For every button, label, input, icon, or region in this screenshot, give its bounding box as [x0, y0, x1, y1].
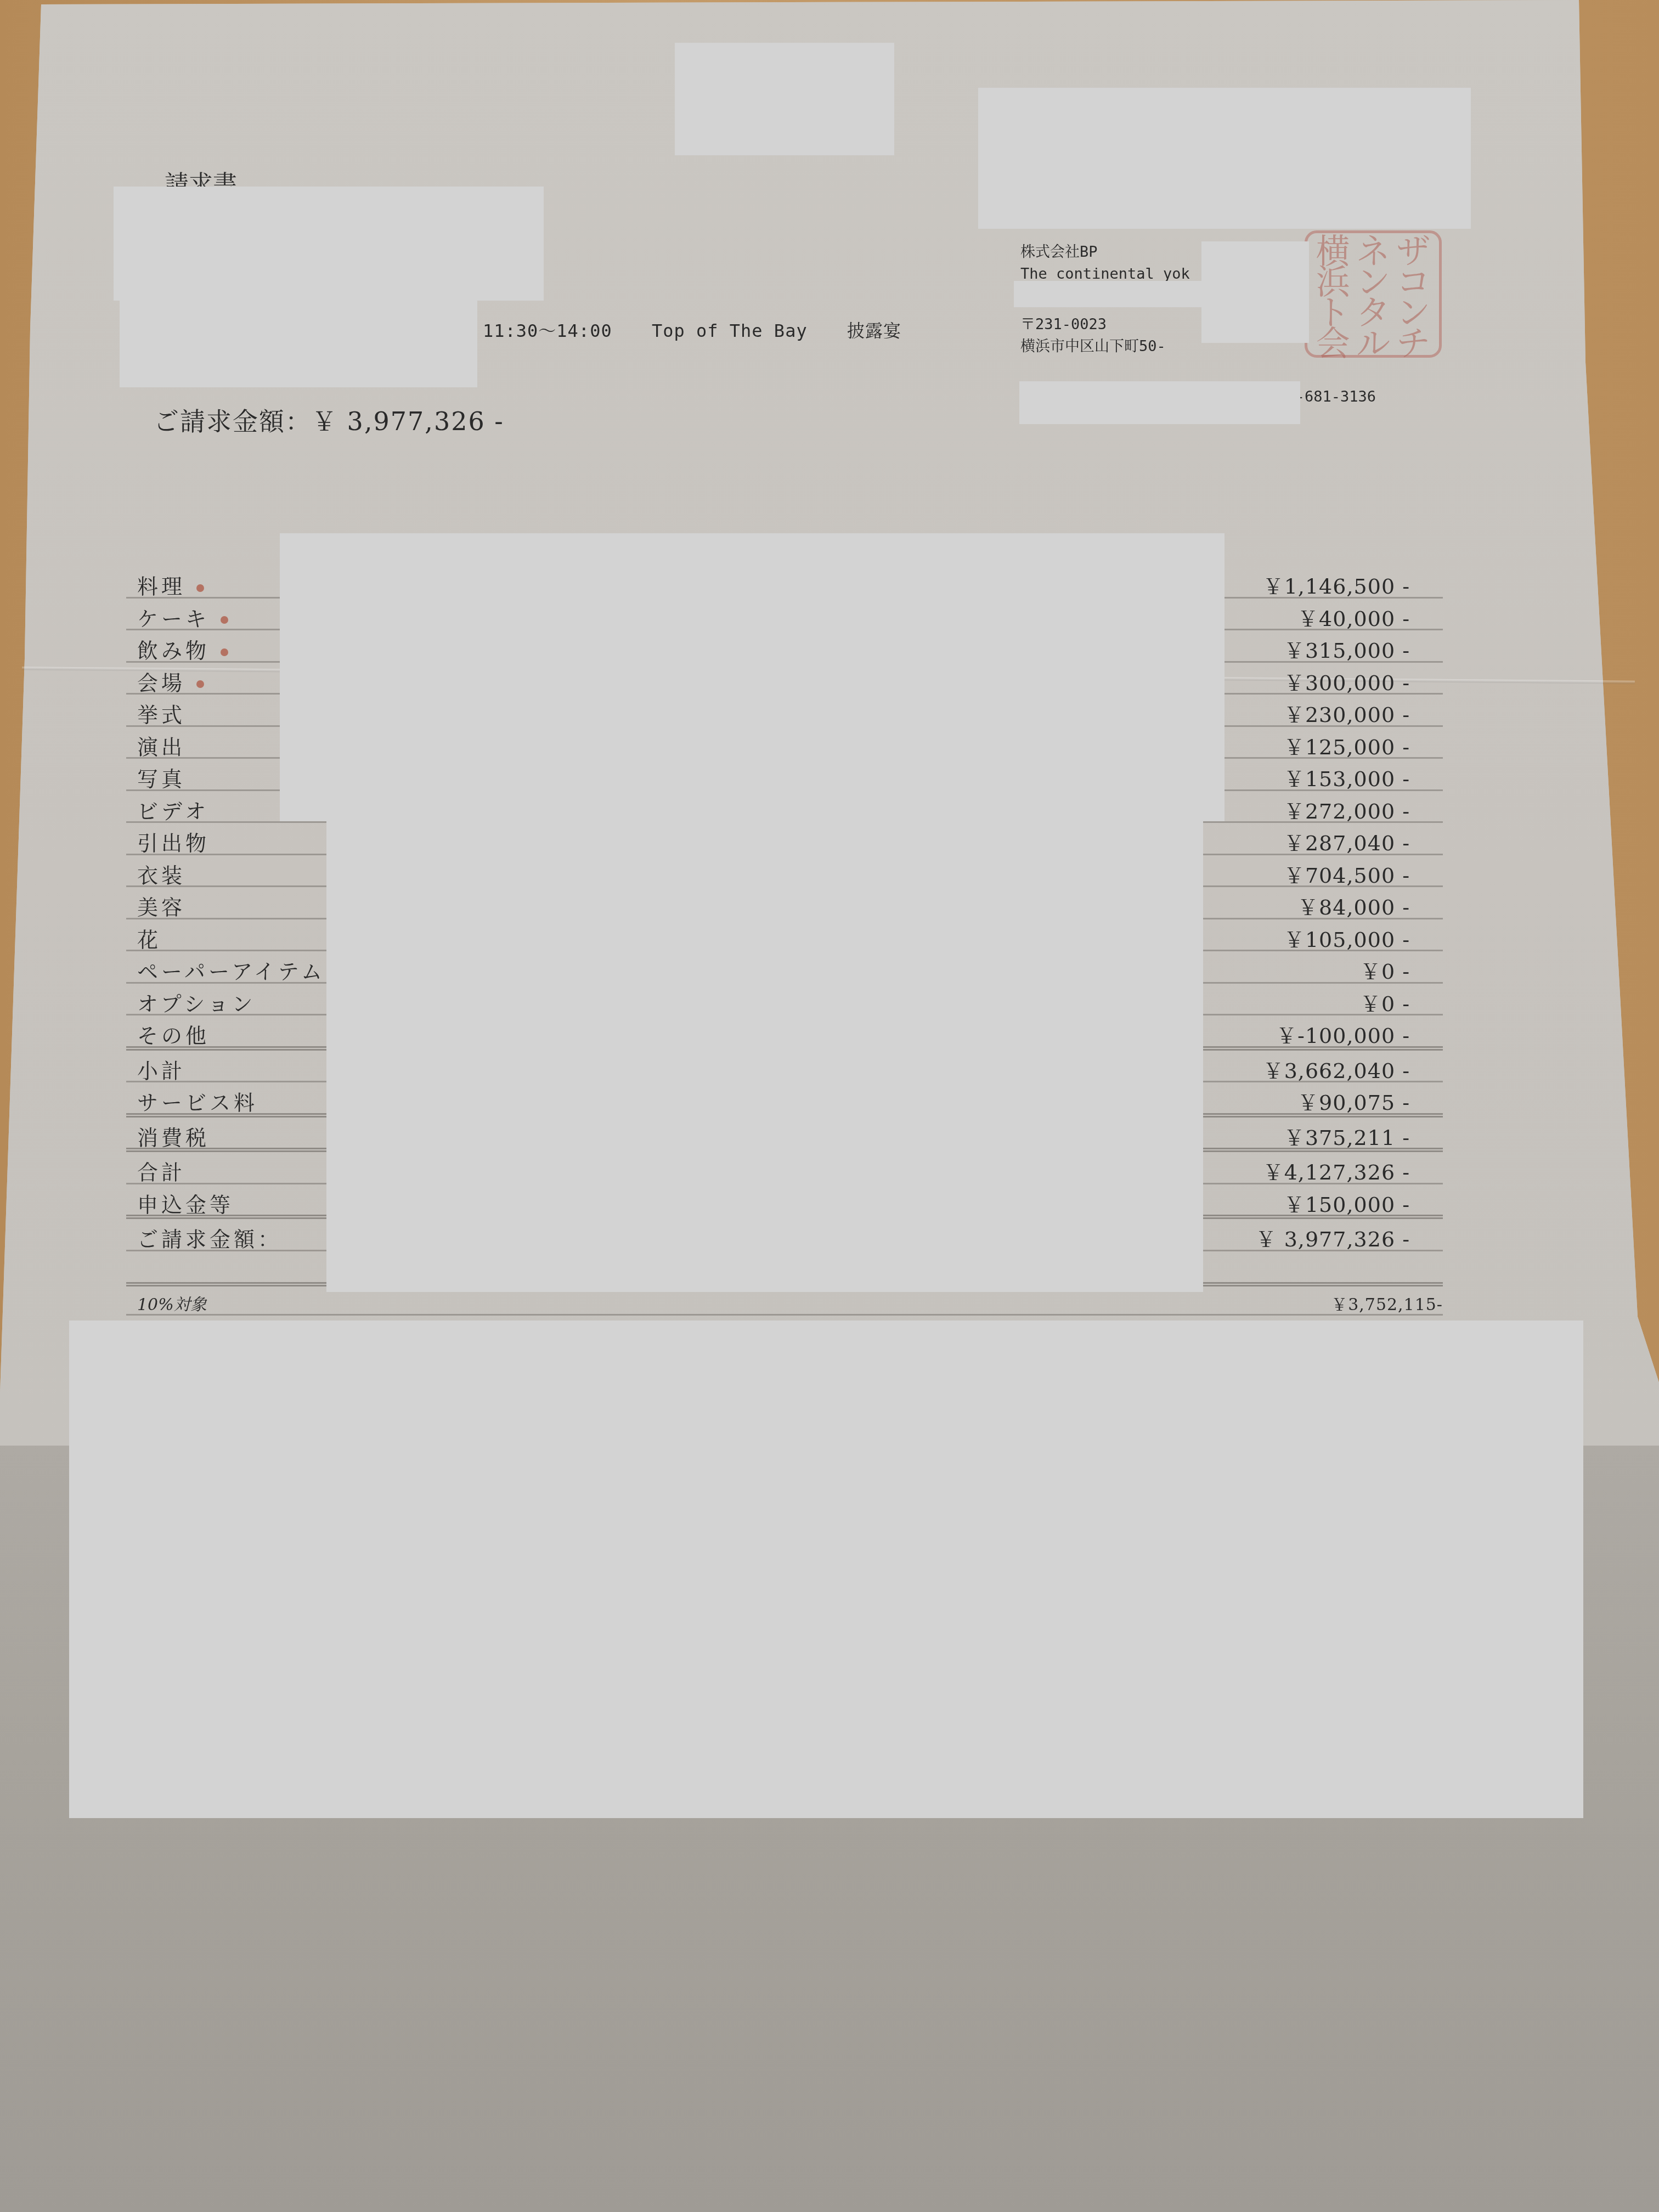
line-item-amount: ￥153,000 -	[1284, 762, 1410, 792]
line-item-label: 小計	[137, 1054, 185, 1084]
line-item-label: 料理	[137, 569, 204, 600]
line-item-label: 合計	[137, 1155, 185, 1186]
redacted-block	[978, 88, 1471, 229]
line-item-amount: ￥40,000 -	[1297, 602, 1410, 632]
line-item-amount: ￥3,662,040 -	[1263, 1054, 1410, 1084]
redacted-block	[280, 533, 1224, 821]
line-item-label: 引出物	[137, 826, 210, 856]
event-details: 11:30〜14:00 Top of The Bay 披露宴	[483, 317, 930, 342]
line-item-label: 演出	[137, 730, 185, 760]
line-item-label: ケーキ	[137, 602, 228, 632]
line-item-label: その他	[137, 1019, 210, 1049]
line-item-label: 衣装	[137, 859, 185, 889]
redacted-block	[1201, 241, 1309, 343]
line-item-label: サービス料	[137, 1086, 258, 1116]
line-item-amount: ￥4,127,326 -	[1263, 1155, 1410, 1186]
line-item-amount: ￥90,075 -	[1297, 1086, 1410, 1116]
line-item-label: 10%対象	[137, 1291, 207, 1315]
line-item-amount: ￥-100,000 -	[1276, 1019, 1410, 1049]
redacted-block	[1019, 381, 1300, 424]
line-item-amount: ￥84,000 -	[1297, 890, 1410, 921]
line-item-amount: ￥ 3,977,326 -	[1256, 1222, 1410, 1252]
line-item-label: 写真	[137, 762, 185, 792]
line-item-label: 飲み物	[137, 634, 228, 664]
event-time: 11:30〜14:00	[483, 320, 612, 341]
event-venue: Top of The Bay	[652, 320, 808, 341]
line-item-label: オプション	[137, 987, 256, 1017]
amount-due-header: ご請求金額：￥ 3,977,326 -	[154, 402, 504, 438]
line-item-amount: ￥272,000 -	[1284, 794, 1410, 825]
company-seal-stamp: 横浜ト会 ネンタル ザコンチ	[1305, 230, 1442, 358]
line-item-label: 美容	[137, 890, 185, 921]
line-item-amount: ￥0 -	[1360, 955, 1410, 985]
red-check-mark-icon	[196, 584, 204, 592]
line-item-amount: ￥287,040 -	[1284, 826, 1410, 856]
line-item-amount: ￥125,000 -	[1284, 730, 1410, 760]
red-check-mark-icon	[221, 648, 228, 656]
line-item-amount: ￥3,752,115-	[1331, 1291, 1443, 1315]
line-item-amount: ￥0 -	[1360, 987, 1410, 1017]
redacted-block	[69, 1321, 1583, 1818]
redacted-block	[1014, 281, 1206, 307]
line-item-amount: ￥230,000 -	[1284, 698, 1410, 728]
red-check-mark-icon	[196, 680, 204, 688]
redacted-block	[326, 821, 1203, 1292]
line-item-amount: ￥150,000 -	[1284, 1188, 1410, 1218]
line-item-label: ご請求金額：	[137, 1222, 282, 1252]
redacted-block	[675, 43, 894, 155]
line-item-label: 申込金等	[137, 1188, 234, 1218]
line-item-label: 花	[137, 923, 161, 953]
line-item-label: ビデオ	[137, 794, 209, 825]
red-check-mark-icon	[221, 616, 228, 624]
line-item-amount: ￥315,000 -	[1284, 634, 1410, 664]
redacted-block	[120, 301, 477, 387]
line-item-label: ペーパーアイテム	[137, 955, 325, 985]
redacted-block	[114, 187, 544, 301]
line-item-amount: ￥300,000 -	[1284, 666, 1410, 696]
line-item-label: 会場	[137, 666, 204, 696]
line-item-amount: ￥375,211 -	[1284, 1121, 1410, 1151]
line-item-amount: ￥105,000 -	[1284, 923, 1410, 953]
line-item-amount: ￥1,146,500 -	[1263, 569, 1410, 600]
line-item-label: 消費税	[137, 1121, 210, 1151]
event-type: 披露宴	[847, 320, 901, 341]
line-item-label: 挙式	[137, 698, 185, 728]
line-item-amount: ￥704,500 -	[1284, 859, 1410, 889]
